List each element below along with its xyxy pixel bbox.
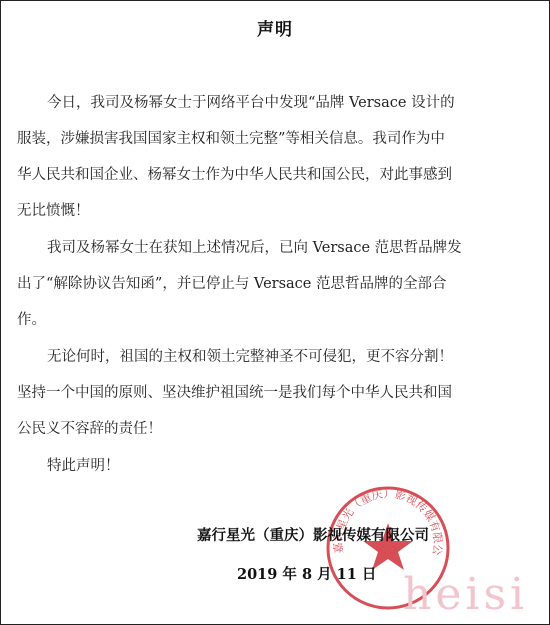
paragraph-line: 作。: [0, 302, 477, 338]
paragraph-line: 无论何时，祖国的主权和领土完整神圣不可侵犯，更不容分割！: [17, 339, 477, 375]
paragraph-2: 我司及杨幂女士在获知上述情况后，已向 Versace 范思哲品牌发 出了“解除协…: [17, 230, 477, 338]
paragraph-line: 华人民共和国企业、杨幂女士作为中华人民共和国公民，对此事感到: [0, 157, 477, 193]
statement-date: 2019 年 8 月 11 日: [237, 563, 376, 584]
paragraph-line: 服装，涉嫌损害我国国家主权和领土完整”等相关信息。我司作为中: [0, 121, 477, 157]
document-title: 声明: [1, 15, 549, 40]
statement-page: 声明 今日，我司及杨幂女士于网络平台中发现“品牌 Versace 设计的 服装，…: [0, 0, 550, 625]
paragraph-line: 出了“解除协议告知函”，并已停止与 Versace 范思哲品牌的全部合: [0, 266, 477, 302]
paragraph-line: 公民义不容辞的责任！: [0, 411, 477, 447]
company-signature: 嘉行星光（重庆）影视传媒有限公司: [197, 524, 429, 545]
paragraph-line: 特此声明！: [17, 448, 477, 484]
paragraph-line: 我司及杨幂女士在获知上述情况后，已向 Versace 范思哲品牌发: [17, 230, 477, 266]
watermark: heisi: [403, 569, 528, 620]
paragraph-line: 无比愤慨！: [0, 193, 477, 229]
paragraph-1: 今日，我司及杨幂女士于网络平台中发现“品牌 Versace 设计的 服装，涉嫌损…: [17, 85, 477, 229]
paragraph-4: 特此声明！: [17, 448, 477, 484]
paragraph-line: 今日，我司及杨幂女士于网络平台中发现“品牌 Versace 设计的: [17, 85, 477, 121]
paragraph-line: 坚持一个中国的原则、坚决维护祖国统一是我们每个中华人民共和国: [0, 375, 477, 411]
paragraph-3: 无论何时，祖国的主权和领土完整神圣不可侵犯，更不容分割！ 坚持一个中国的原则、坚…: [17, 339, 477, 447]
